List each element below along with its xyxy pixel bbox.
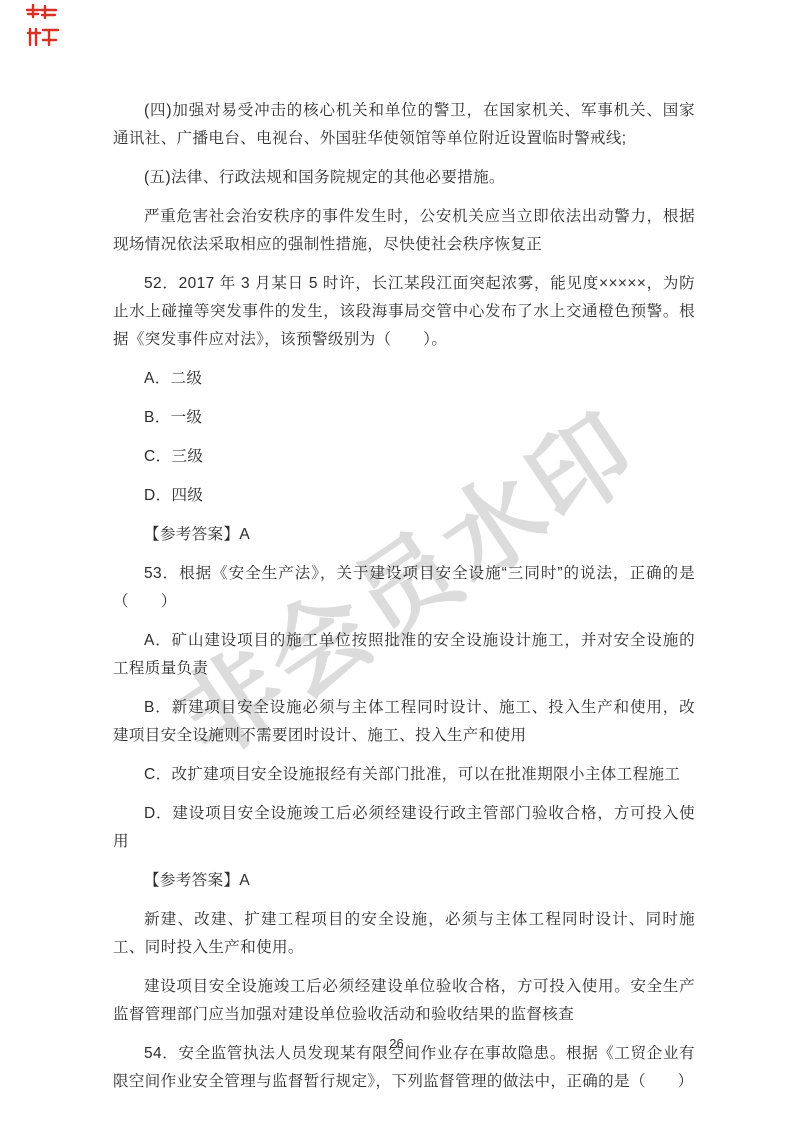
- paragraph-measure-four: (四)加强对易受冲击的核心机关和单位的警卫，在国家机关、军事机关、国家通讯社、广…: [113, 97, 695, 153]
- question-52-option-d: D．四级: [113, 482, 695, 510]
- question-52-option-a: A．二级: [113, 365, 695, 393]
- document-page: 非会员水印 (四)加强对易受冲击的核心机关和单位的警卫，在国家机关、军事机关、国…: [0, 0, 793, 1122]
- question-52-option-b: B．一级: [113, 404, 695, 432]
- question-52-option-c: C．三级: [113, 443, 695, 471]
- question-53-option-c: C．改扩建项目安全设施报经有关部门批准，可以在批准期限小主体工程施工: [113, 761, 695, 789]
- document-body: (四)加强对易受冲击的核心机关和单位的警卫，在国家机关、军事机关、国家通讯社、广…: [113, 97, 695, 1107]
- page-number: 26: [0, 1036, 793, 1051]
- paragraph-measure-five: (五)法律、行政法规和国务院规定的其他必要措施。: [113, 164, 695, 192]
- question-53-explanation-1: 新建、改建、扩建工程项目的安全设施，必须与主体工程同时设计、同时施工、同时投入生…: [113, 906, 695, 962]
- red-stamp-icon: [24, 3, 64, 49]
- paragraph-police-response: 严重危害社会治安秩序的事件发生时，公安机关应当立即依法出动警力，根据现场情况依法…: [113, 203, 695, 259]
- question-53-answer: 【参考答案】A: [113, 867, 695, 895]
- question-53-option-b: B．新建项目安全设施必须与主体工程同时设计、施工、投入生产和使用，改建项目安全设…: [113, 694, 695, 750]
- question-53-option-a: A．矿山建设项目的施工单位按照批准的安全设施设计施工，并对安全设施的工程质量负责: [113, 627, 695, 683]
- question-53: 53．根据《安全生产法》，关于建设项目安全设施“三同时”的说法，正确的是（ ）: [113, 560, 695, 616]
- question-53-option-d: D．建设项目安全设施竣工后必须经建设行政主管部门验收合格，方可投入使用: [113, 800, 695, 856]
- question-52: 52．2017 年 3 月某日 5 时许，长江某段江面突起浓雾，能见度×××××…: [113, 270, 695, 354]
- question-53-explanation-2: 建设项目安全设施竣工后必须经建设单位验收合格，方可投入使用。安全生产监督管理部门…: [113, 973, 695, 1029]
- question-52-answer: 【参考答案】A: [113, 521, 695, 549]
